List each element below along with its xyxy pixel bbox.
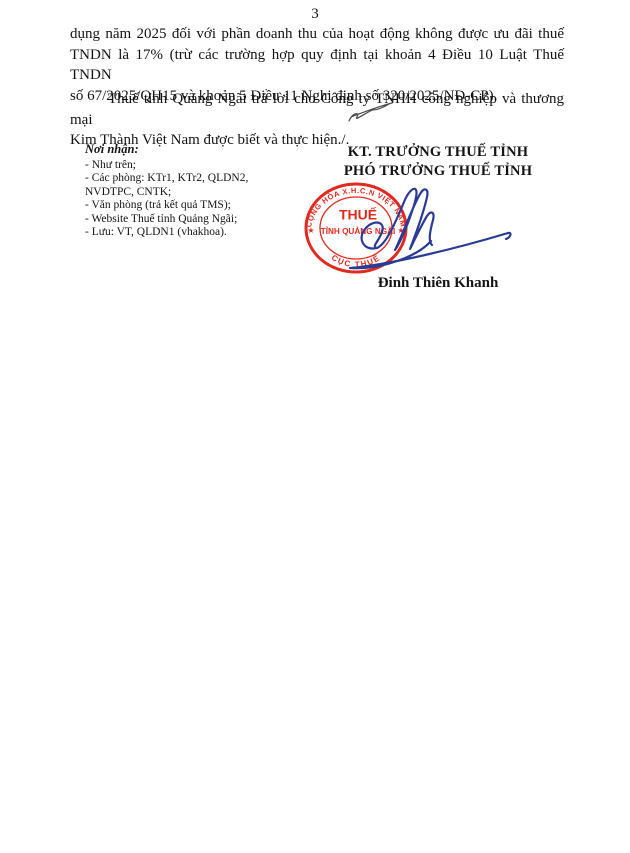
- recipient-line: - Các phòng: KTr1, KTr2, QLDN2,: [85, 172, 310, 185]
- signer-title-line-1: KT. TRƯỞNG THUẾ TỈNH: [310, 143, 566, 162]
- paragraph-line: TNDN là 17% (trừ các trường hợp quy định…: [70, 45, 564, 86]
- recipient-line: - Như trên;: [85, 159, 310, 172]
- ink-signature: [330, 184, 515, 276]
- paraph-stroke: [349, 103, 392, 121]
- stamp-star-left: ★: [307, 226, 314, 235]
- page-number: 3: [0, 6, 630, 23]
- document-page: 3 dụng năm 2025 đối với phần doanh thu c…: [0, 0, 630, 853]
- paragraph-line: Thuế tỉnh Quảng Ngãi trả lời cho Công ty…: [70, 89, 564, 130]
- recipient-line: - Lưu: VT, QLDN1 (vhakhoa).: [85, 226, 310, 239]
- recipients-block: Nơi nhận: - Như trên; - Các phòng: KTr1,…: [85, 142, 310, 239]
- recipient-line: NVDTPC, CNTK;: [85, 186, 310, 199]
- signature-letters-stroke: [362, 189, 434, 250]
- recipients-title: Nơi nhận:: [85, 142, 310, 157]
- recipient-line: - Văn phòng (trả kết quả TMS);: [85, 199, 310, 212]
- recipient-line: - Website Thuế tỉnh Quảng Ngãi;: [85, 213, 310, 226]
- signature-title-block: KT. TRƯỞNG THUẾ TỈNH PHÓ TRƯỞNG THUẾ TỈN…: [310, 143, 566, 180]
- signer-name: Đinh Thiên Khanh: [310, 275, 566, 292]
- paraph-initial-mark: [344, 100, 396, 126]
- paragraph-line: dụng năm 2025 đối với phần doanh thu của…: [70, 24, 564, 45]
- signer-title-line-2: PHÓ TRƯỞNG THUẾ TỈNH: [310, 162, 566, 181]
